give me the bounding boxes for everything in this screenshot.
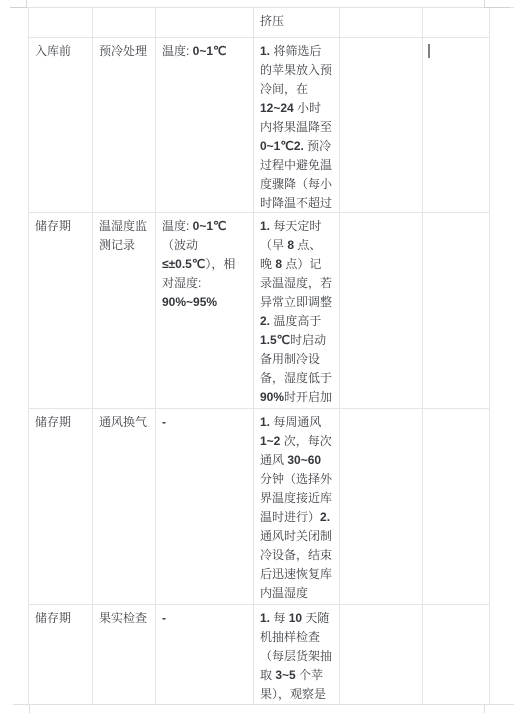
cell-stage[interactable]: 储存期: [28, 409, 93, 605]
document-page: 挤压 入库前 预冷处理 温度: 0~1℃ 1. 将筛选后的苹果放入预冷间，在 1…: [0, 0, 514, 715]
cell-note-b[interactable]: [423, 213, 490, 409]
cell-stage[interactable]: 储存期: [28, 213, 93, 409]
cell-note-b[interactable]: [423, 38, 490, 213]
page-bottom-edge: [13, 704, 514, 705]
cell-stage[interactable]: 储存期: [28, 605, 93, 704]
storage-procedures-table: 挤压 入库前 预冷处理 温度: 0~1℃ 1. 将筛选后的苹果放入预冷间，在 1…: [28, 8, 490, 704]
cell-procedure[interactable]: 挤压: [254, 8, 340, 38]
page-top-edge-left-cap: [10, 7, 27, 8]
cell-procedure[interactable]: 1. 每天定时（早 8 点、晚 8 点）记录温湿度，若异常立即调整 2. 温度高…: [254, 213, 340, 409]
prev-page-table-border-tick-right: [484, 0, 485, 7]
cell-procedure[interactable]: 1. 将筛选后的苹果放入预冷间，在 12~24 小时内将果温降至 0~1℃2. …: [254, 38, 340, 213]
cell-note-b[interactable]: [423, 409, 490, 605]
cell-operation[interactable]: 温湿度监测记录: [93, 213, 156, 409]
text-cursor: [428, 44, 430, 58]
cell-condition[interactable]: -: [156, 409, 254, 605]
cell-note-b[interactable]: [423, 8, 490, 38]
cell-operation[interactable]: 通风换气: [93, 409, 156, 605]
cell-operation[interactable]: [93, 8, 156, 38]
cell-note-a[interactable]: [340, 8, 423, 38]
cell-stage[interactable]: 入库前: [28, 38, 93, 213]
prev-page-table-border-tick-left: [26, 0, 27, 7]
cell-condition[interactable]: 温度: 0~1℃: [156, 38, 254, 213]
cell-procedure[interactable]: 1. 每 10 天随机抽样检查（每层货架抽取 3~5 个苹果），观察是: [254, 605, 340, 704]
cell-operation[interactable]: 预冷处理: [93, 38, 156, 213]
cell-note-b[interactable]: [423, 605, 490, 704]
cell-condition[interactable]: [156, 8, 254, 38]
cell-condition[interactable]: 温度: 0~1℃（波动≤±0.5℃），相对湿度: 90%~95%: [156, 213, 254, 409]
cell-note-a[interactable]: [340, 409, 423, 605]
cell-note-a[interactable]: [340, 605, 423, 704]
cell-note-a[interactable]: [340, 38, 423, 213]
next-page-table-border-tick-right: [484, 705, 485, 713]
cell-stage[interactable]: [28, 8, 93, 38]
cell-procedure[interactable]: 1. 每周通风 1~2 次，每次通风 30~60 分钟（选择外界温度接近库温时进…: [254, 409, 340, 605]
cell-condition[interactable]: -: [156, 605, 254, 704]
next-page-table-border-tick-left: [29, 705, 30, 713]
cell-operation[interactable]: 果实检查: [93, 605, 156, 704]
cell-note-a[interactable]: [340, 213, 423, 409]
